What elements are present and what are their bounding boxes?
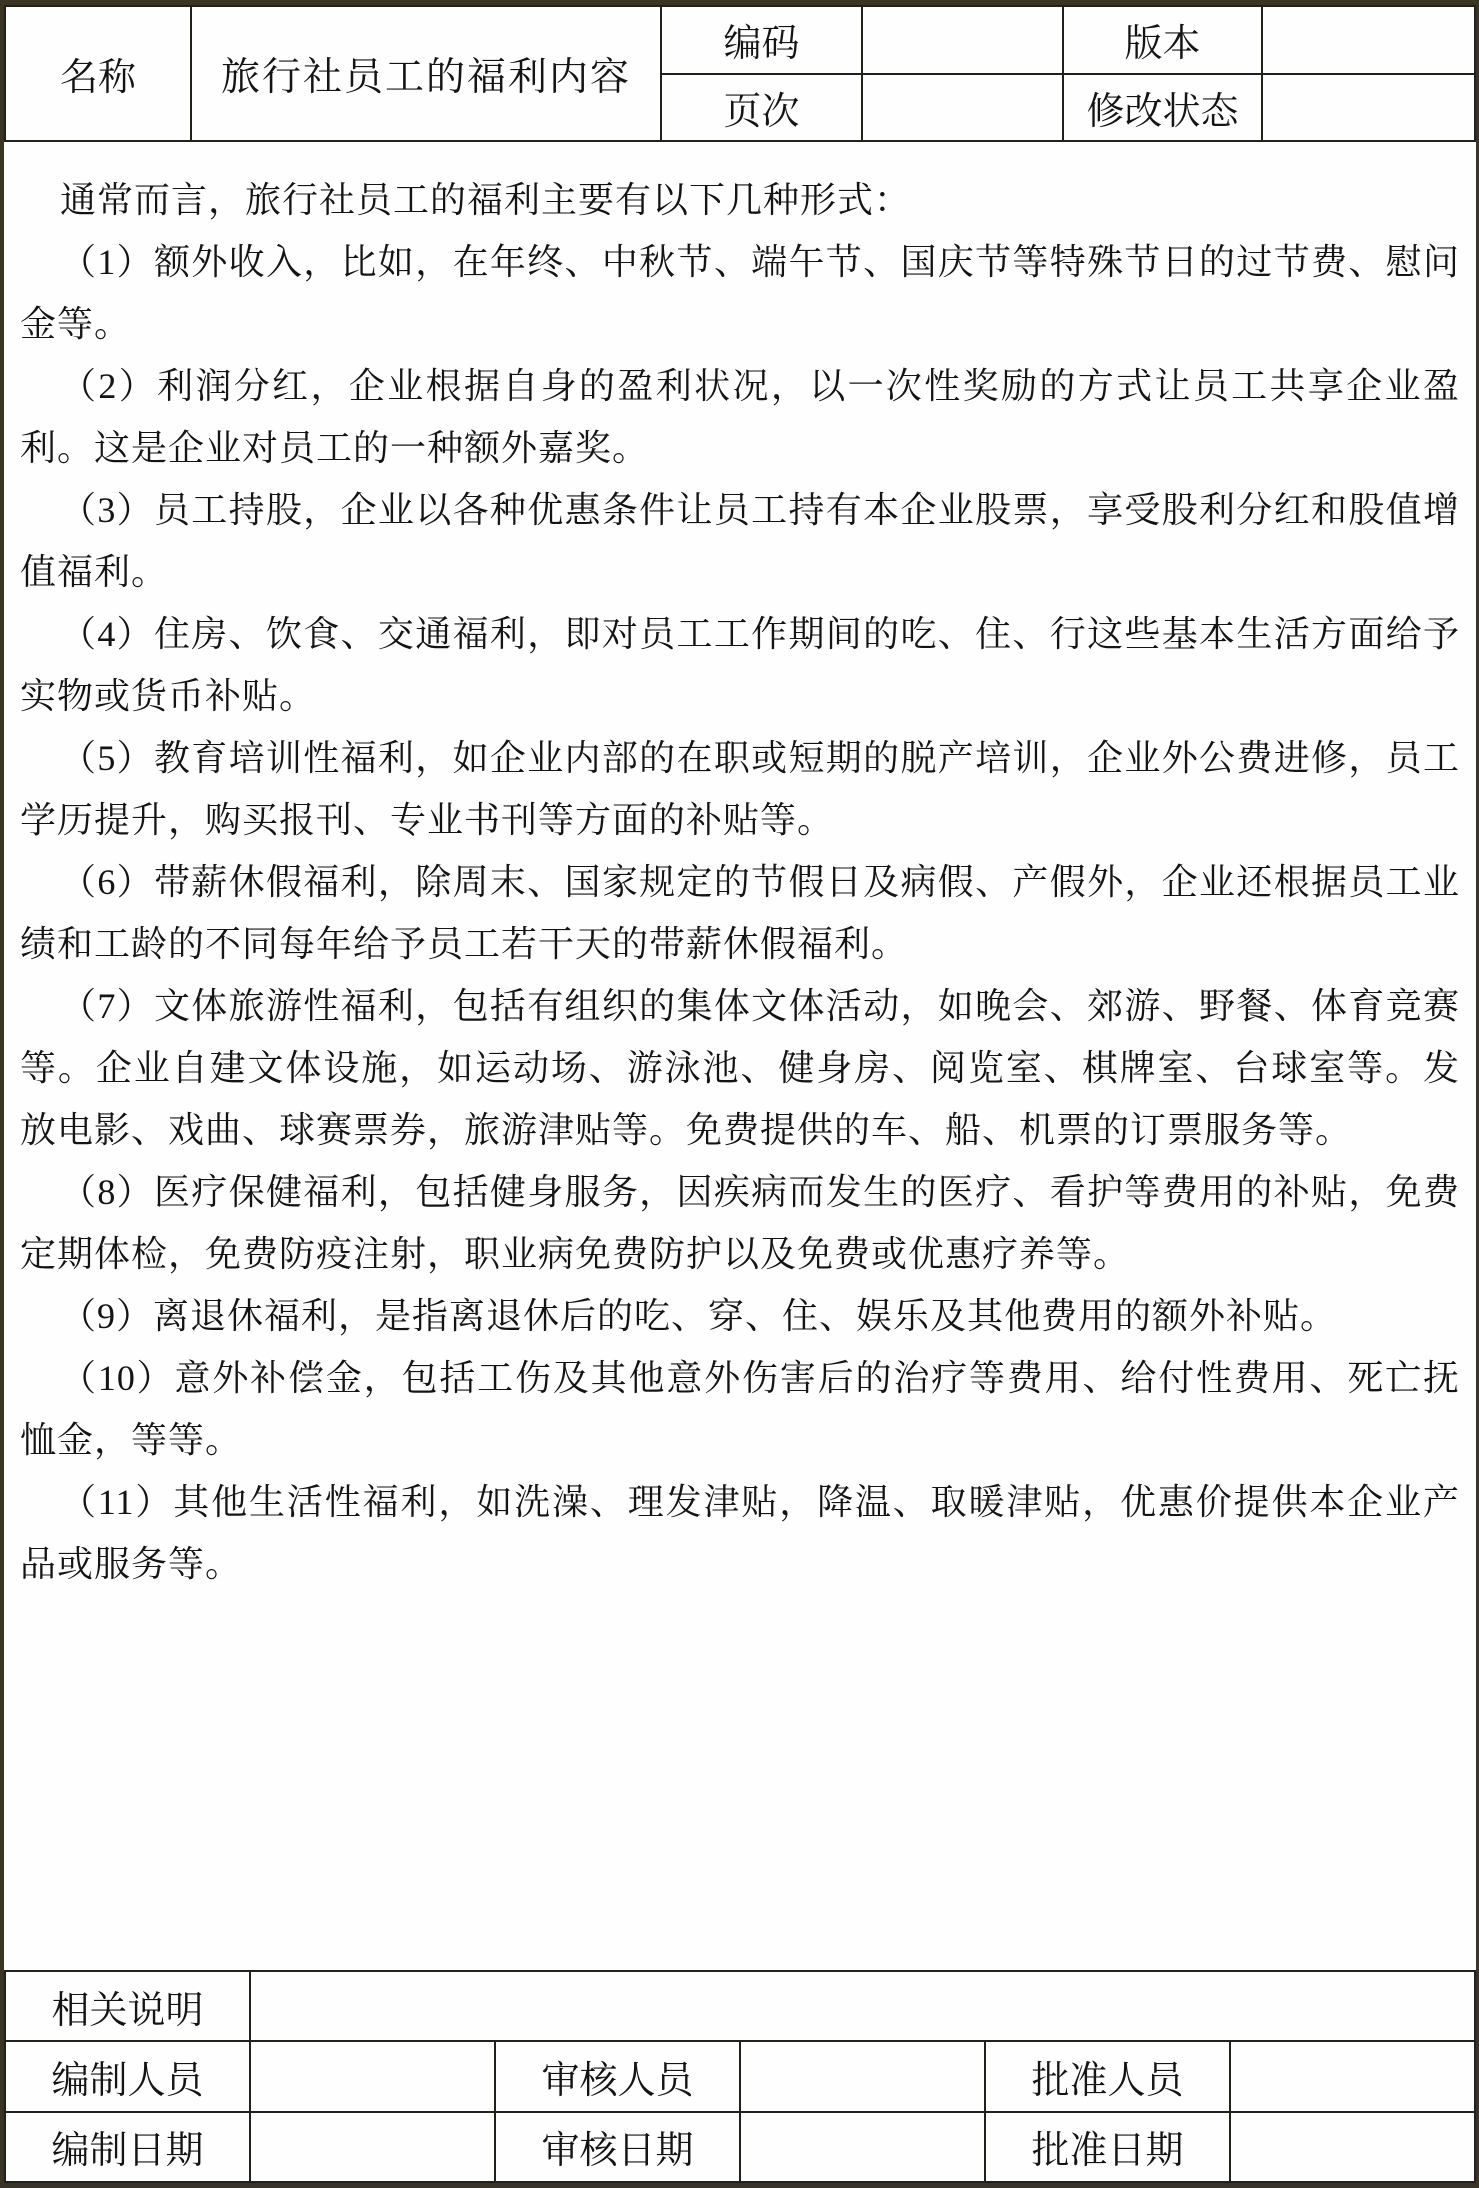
body-paragraph: （10）意外补偿金，包括工伤及其他意外伤害后的治疗等费用、给付性费用、死亡抚恤金…: [20, 1347, 1460, 1471]
page-value-cell: [863, 75, 1062, 141]
prepared-date-value-cell: [251, 2113, 494, 2181]
revision-status-label-cell: 修改状态: [1064, 75, 1261, 141]
prepared-date-label-cell: 编制日期: [6, 2113, 249, 2181]
body-paragraph: 通常而言，旅行社员工的福利主要有以下几种形式：: [20, 169, 1460, 231]
document-body: 通常而言，旅行社员工的福利主要有以下几种形式：（1）额外收入，比如，在年终、中秋…: [4, 144, 1476, 1595]
reviewed-by-value-cell: [741, 2042, 984, 2110]
page-label-cell: 页次: [662, 75, 861, 141]
header-table: 名称 旅行社员工的福利内容 编码 版本 页次 修改状态: [4, 5, 1476, 142]
scanned-form-document: { "header": { "name_label": "名称", "title…: [0, 0, 1479, 2188]
reviewed-date-label-cell: 审核日期: [496, 2113, 739, 2181]
body-paragraph: （8）医疗保健福利，包括健身服务，因疾病而发生的医疗、看护等费用的补贴，免费定期…: [20, 1161, 1460, 1285]
document-title-cell: 旅行社员工的福利内容: [192, 7, 660, 140]
approved-by-label-cell: 批准人员: [986, 2042, 1229, 2110]
reviewed-by-label-cell: 审核人员: [496, 2042, 739, 2110]
related-notes-label-cell: 相关说明: [6, 1972, 249, 2040]
body-paragraph: （9）离退休福利，是指离退休后的吃、穿、住、娱乐及其他费用的额外补贴。: [20, 1285, 1460, 1347]
body-paragraph: （3）员工持股，企业以各种优惠条件让员工持有本企业股票，享受股利分红和股值增值福…: [20, 479, 1460, 603]
body-paragraph: （11）其他生活性福利，如洗澡、理发津贴，降温、取暖津贴，优惠价提供本企业产品或…: [20, 1471, 1460, 1595]
name-label-cell: 名称: [6, 7, 190, 140]
related-notes-value-cell: [251, 1972, 1474, 2040]
version-value-cell: [1263, 7, 1474, 73]
code-label-cell: 编码: [662, 7, 861, 73]
approval-table: 相关说明 编制人员 审核人员 批准人员 编制日期 审核日期 批准日期: [4, 1970, 1476, 2183]
prepared-by-label-cell: 编制人员: [6, 2042, 249, 2110]
body-paragraph: （1）额外收入，比如，在年终、中秋节、端午节、国庆节等特殊节日的过节费、慰问金等…: [20, 231, 1460, 355]
prepared-by-value-cell: [251, 2042, 494, 2110]
version-label-cell: 版本: [1064, 7, 1261, 73]
body-paragraph: （7）文体旅游性福利，包括有组织的集体文体活动，如晚会、郊游、野餐、体育竞赛等。…: [20, 975, 1460, 1161]
code-value-cell: [863, 7, 1062, 73]
body-paragraph: （5）教育培训性福利，如企业内部的在职或短期的脱产培训，企业外公费进修，员工学历…: [20, 727, 1460, 851]
approved-by-value-cell: [1231, 2042, 1474, 2110]
body-paragraph: （4）住房、饮食、交通福利，即对员工工作期间的吃、住、行这些基本生活方面给予实物…: [20, 603, 1460, 727]
body-paragraph: （6）带薪休假福利，除周末、国家规定的节假日及病假、产假外，企业还根据员工业绩和…: [20, 851, 1460, 975]
document-page: 名称 旅行社员工的福利内容 编码 版本 页次 修改状态 通常而言，旅行社员工的福…: [4, 5, 1476, 2183]
revision-status-value-cell: [1263, 75, 1474, 141]
body-paragraph: （2）利润分红，企业根据自身的盈利状况，以一次性奖励的方式让员工共享企业盈利。这…: [20, 355, 1460, 479]
reviewed-date-value-cell: [741, 2113, 984, 2181]
approved-date-label-cell: 批准日期: [986, 2113, 1229, 2181]
approved-date-value-cell: [1231, 2113, 1474, 2181]
